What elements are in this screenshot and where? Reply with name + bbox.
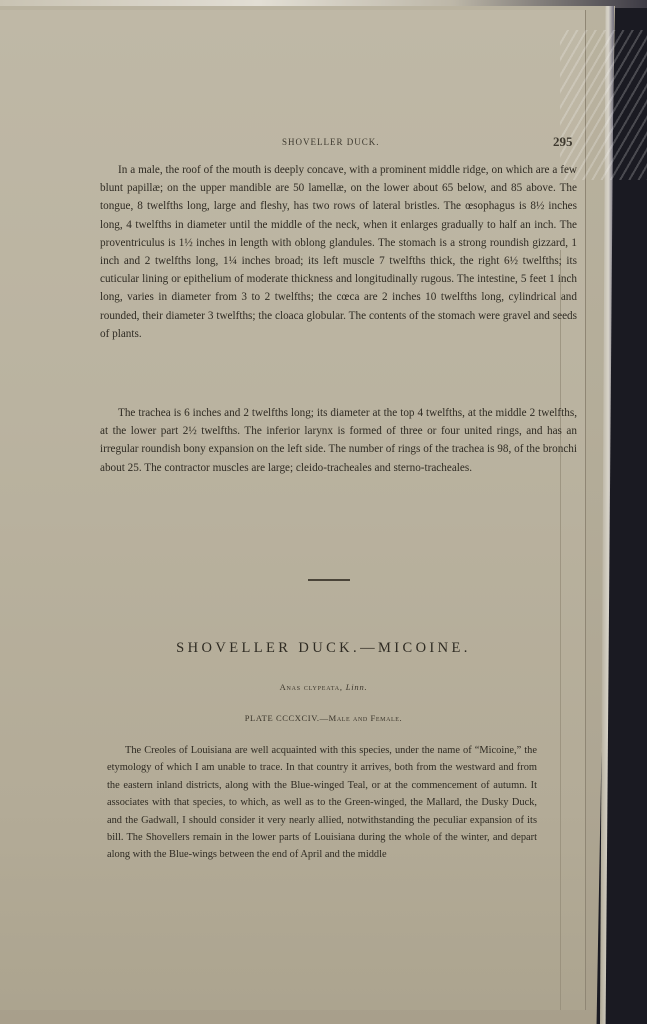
plate-subtitle: —Male and Female. bbox=[320, 713, 403, 723]
paragraph-text: In a male, the roof of the mouth is deep… bbox=[100, 161, 577, 343]
page-content: SHOVELLER DUCK. 295 In a male, the roof … bbox=[0, 0, 647, 1024]
anatomy-paragraph-1: In a male, the roof of the mouth is deep… bbox=[100, 161, 577, 343]
section-paragraph: The Creoles of Louisiana are well acquai… bbox=[107, 742, 537, 864]
paragraph-text: The trachea is 6 inches and 2 twelfths l… bbox=[100, 404, 577, 477]
plate-caption: PLATE CCCXCIV.—Male and Female. bbox=[0, 713, 647, 723]
binomial-name: Anas clypeata, bbox=[280, 682, 343, 692]
section-divider bbox=[308, 579, 350, 581]
paragraph-text: The Creoles of Louisiana are well acquai… bbox=[107, 742, 537, 864]
taxonomic-authority: Linn. bbox=[346, 682, 368, 692]
anatomy-paragraph-2: The trachea is 6 inches and 2 twelfths l… bbox=[100, 404, 577, 477]
plate-label: PLATE CCCXCIV. bbox=[245, 713, 320, 723]
page-number: 295 bbox=[553, 134, 573, 150]
section-title: SHOVELLER DUCK.—MICOINE. bbox=[0, 640, 647, 657]
scientific-name: Anas clypeata, Linn. bbox=[0, 682, 647, 692]
running-head: SHOVELLER DUCK. bbox=[282, 137, 380, 147]
